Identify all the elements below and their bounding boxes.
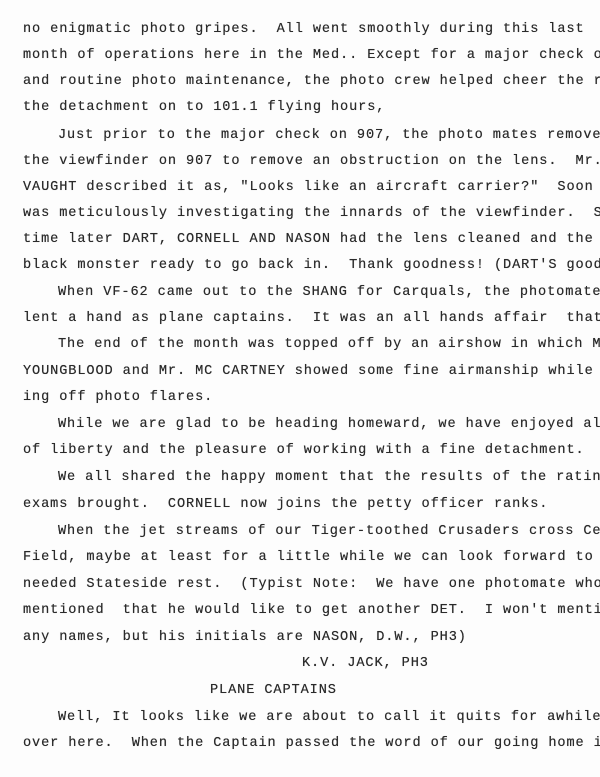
text-line: We all shared the happy moment that the … [58, 470, 600, 486]
text-line: the detachment on to 101.1 flying hours, [23, 100, 385, 116]
text-line: the viewfinder on 907 to remove an obstr… [23, 154, 600, 170]
text-line: no enigmatic photo gripes. All went smoo… [23, 22, 585, 38]
text-line: When the jet streams of our Tiger-toothe… [58, 524, 600, 540]
document-page: no enigmatic photo gripes. All went smoo… [0, 0, 600, 777]
section-heading: PLANE CAPTAINS [210, 683, 337, 699]
text-line: The end of the month was topped off by a… [58, 337, 600, 353]
text-line: was meticulously investigating the innar… [23, 206, 600, 222]
text-line: needed Stateside rest. (Typist Note: We … [23, 577, 600, 593]
text-line: When VF-62 came out to the SHANG for Car… [58, 285, 600, 301]
text-line: black monster ready to go back in. Thank… [23, 258, 600, 274]
text-line: Just prior to the major check on 907, th… [58, 128, 600, 144]
text-line: YOUNGBLOOD and Mr. MC CARTNEY showed som… [23, 364, 600, 380]
text-line: exams brought. CORNELL now joins the pet… [23, 497, 548, 513]
text-line: Field, maybe at least for a little while… [23, 550, 600, 566]
text-line: ing off photo flares. [23, 390, 213, 406]
text-line: any names, but his initials are NASON, D… [23, 630, 467, 646]
text-line: time later DART, CORNELL AND NASON had t… [23, 232, 600, 248]
text-line: Well, It looks like we are about to call… [58, 710, 600, 726]
text-line: lent a hand as plane captains. It was an… [23, 311, 600, 327]
text-line: VAUGHT described it as, "Looks like an a… [23, 180, 600, 196]
text-line: While we are glad to be heading homeward… [58, 417, 600, 433]
text-line: month of operations here in the Med.. Ex… [23, 48, 600, 64]
text-line: mentioned that he would like to get anot… [23, 603, 600, 619]
text-line: of liberty and the pleasure of working w… [23, 443, 585, 459]
text-line: over here. When the Captain passed the w… [23, 736, 600, 752]
text-line: and routine photo maintenance, the photo… [23, 74, 600, 90]
signature: K.V. JACK, PH3 [302, 656, 429, 672]
